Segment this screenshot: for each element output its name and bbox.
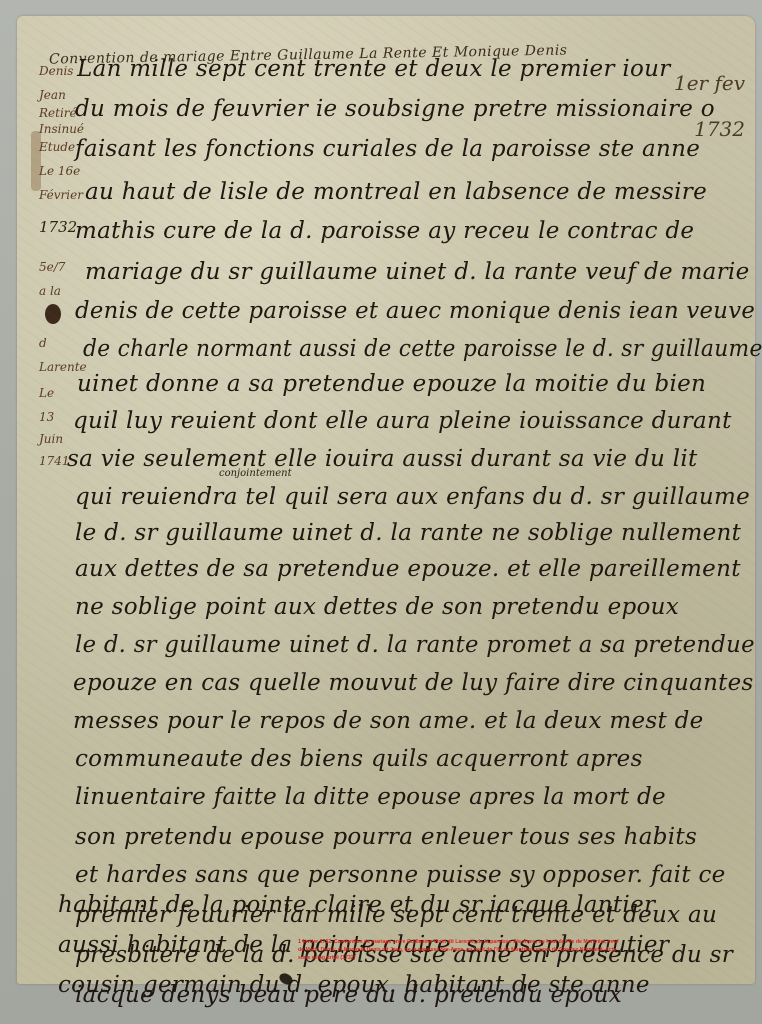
text-line: epouze en cas quelle mouvut de luy faire… bbox=[73, 670, 754, 696]
margin-note: Etude bbox=[39, 140, 75, 154]
side-date-year: 1732 bbox=[674, 106, 745, 152]
margin-note: Insinué bbox=[39, 122, 84, 136]
text-line: son pretendu epouse pourra enleuer tous … bbox=[75, 824, 697, 850]
text-line: communeaute des biens quils acquerront a… bbox=[75, 746, 643, 772]
margin-note: Juin bbox=[39, 432, 63, 446]
margin-note: Février bbox=[39, 188, 83, 202]
text-line: mariage du sr guillaume uinet d. la rant… bbox=[85, 259, 749, 285]
margin-note: 5e/7 bbox=[39, 260, 65, 274]
text-line: au haut de lisle de montreal en labsence… bbox=[85, 179, 707, 205]
text-line: mathis cure de la d. paroisse ay receu l… bbox=[75, 218, 694, 244]
text-line: ne soblige point aux dettes de son prete… bbox=[75, 594, 679, 620]
interlinear-insert: conjointement bbox=[219, 468, 292, 479]
text-line: de charle normant aussi de cette paroiss… bbox=[83, 336, 762, 362]
text-line: faisant les fonctions curiales de la par… bbox=[75, 136, 700, 162]
text-line: habitant de la pointe claire et du sr ia… bbox=[58, 892, 655, 918]
text-line: et hardes sans que personne puisse sy op… bbox=[75, 862, 726, 888]
text-line: le d. sr guillaume uinet d. la rante pro… bbox=[75, 632, 755, 658]
archive-caption: 1 février 1732. Convention de mariage en… bbox=[298, 938, 623, 962]
margin-note: Larente bbox=[39, 360, 87, 374]
text-line: quil luy reuient dont elle aura pleine i… bbox=[73, 408, 732, 434]
margin-note: 1741 bbox=[39, 454, 70, 468]
side-date-day: 1er fev bbox=[674, 60, 745, 106]
header-annotation: Convention de mariage Entre Guillaume La… bbox=[49, 40, 689, 67]
text-line: Lan mille sept cent trente et deux le pr… bbox=[77, 56, 671, 82]
margin-note: d bbox=[39, 336, 47, 350]
text-line: linuentaire faitte la ditte epouse apres… bbox=[75, 784, 666, 810]
margin-note: Le 16e bbox=[39, 164, 80, 178]
margin-note: Le bbox=[39, 386, 54, 400]
ink-blot bbox=[45, 304, 61, 324]
text-line: qui reuiendra tel quil sera aux enfans d… bbox=[75, 484, 750, 510]
text-line: messes pour le repos de son ame. et la d… bbox=[73, 708, 704, 734]
margin-note: Denis bbox=[39, 64, 73, 78]
text-line: uinet donne a sa pretendue epouze la moi… bbox=[77, 371, 706, 397]
text-line: aux dettes de sa pretendue epouze. et el… bbox=[75, 556, 741, 582]
text-line: le d. sr guillaume uinet d. la rante ne … bbox=[75, 520, 741, 546]
side-date-annotation: 1er fev 1732 bbox=[674, 60, 745, 152]
margin-note: 13 bbox=[39, 410, 54, 424]
text-line: cousin germain du d. epoux. habitant de … bbox=[58, 972, 650, 998]
text-line: du mois de feuvrier ie soubsigne pretre … bbox=[75, 96, 715, 122]
manuscript-page: Convention de mariage Entre Guillaume La… bbox=[17, 16, 755, 984]
text-line: sa vie seulement elle iouira aussi duran… bbox=[67, 446, 698, 472]
margin-note: a la bbox=[39, 284, 61, 298]
text-line: denis de cette paroisse et auec monique … bbox=[75, 298, 755, 324]
paper-stain bbox=[31, 131, 41, 191]
margin-note: Jean bbox=[39, 88, 66, 102]
margin-note: Retiré bbox=[39, 106, 77, 120]
margin-note: 1732 bbox=[39, 218, 77, 236]
